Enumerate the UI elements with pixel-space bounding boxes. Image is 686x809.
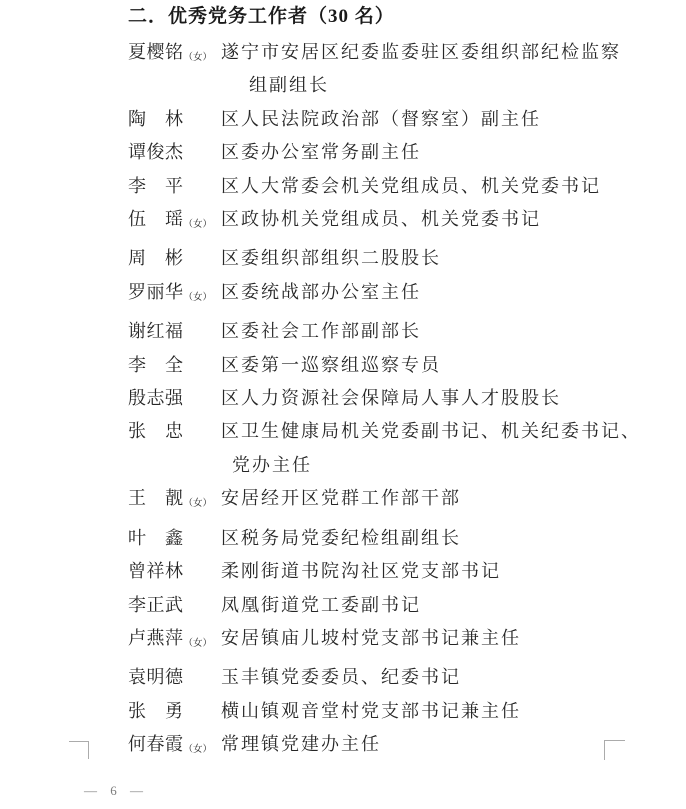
awardee-name-cell: 谢红福 xyxy=(128,315,221,348)
awardee-list: 夏樱铭（女）遂宁市安居区纪委监委驻区委组织部纪检监察组副组长陶 林区人民法院政治… xyxy=(128,36,668,768)
awardee-name: 曾祥林 xyxy=(128,561,184,581)
awardee-position-cell: 区委组织部组织二股股长 xyxy=(221,242,668,275)
awardee-position-line: 横山镇观音堂村党支部书记兼主任 xyxy=(221,695,668,728)
awardee-position-line: 凤凰街道党工委副书记 xyxy=(221,589,668,622)
list-item: 谭俊杰区委办公室常务副主任 xyxy=(128,136,668,169)
list-item: 张 忠区卫生健康局机关党委副书记、机关纪委书记、党办主任 xyxy=(128,415,668,482)
awardee-name: 李 全 xyxy=(128,355,184,375)
gender-mark: （女） xyxy=(184,639,213,649)
awardee-name: 罗丽华 xyxy=(128,282,184,302)
awardee-name: 李正武 xyxy=(128,595,184,615)
awardee-position-cell: 横山镇观音堂村党支部书记兼主任 xyxy=(221,695,668,728)
list-item: 夏樱铭（女）遂宁市安居区纪委监委驻区委组织部纪检监察组副组长 xyxy=(128,36,668,103)
awardee-position-cell: 区委统战部办公室主任 xyxy=(221,276,668,309)
awardee-name-cell: 李正武 xyxy=(128,589,221,622)
awardee-position-line: 区委第一巡察组巡察专员 xyxy=(221,349,668,382)
awardee-name: 袁明德 xyxy=(128,667,184,687)
awardee-name: 叶 鑫 xyxy=(128,528,184,548)
awardee-name-cell: 夏樱铭（女） xyxy=(128,36,221,75)
awardee-position-cell: 区人民法院政治部（督察室）副主任 xyxy=(221,103,668,136)
awardee-position-cell: 区政协机关党组成员、机关党委书记 xyxy=(221,203,668,236)
list-item: 伍 瑶（女）区政协机关党组成员、机关党委书记 xyxy=(128,203,668,242)
awardee-position-cell: 安居经开区党群工作部干部 xyxy=(221,482,668,515)
awardee-position-cell: 区人力资源社会保障局人事人才股股长 xyxy=(221,382,668,415)
awardee-position-line: 区人民法院政治部（督察室）副主任 xyxy=(221,103,668,136)
awardee-name: 夏樱铭 xyxy=(128,42,184,62)
awardee-name-cell: 王 靓（女） xyxy=(128,482,221,521)
awardee-name-cell: 殷志强 xyxy=(128,382,221,415)
awardee-name: 谢红福 xyxy=(128,321,184,341)
awardee-position-cell: 区税务局党委纪检组副组长 xyxy=(221,522,668,555)
awardee-name: 伍 瑶 xyxy=(128,209,184,229)
awardee-name: 谭俊杰 xyxy=(128,142,184,162)
awardee-position-line: 组副组长 xyxy=(221,69,668,102)
awardee-name-cell: 曾祥林 xyxy=(128,555,221,588)
gender-mark: （女） xyxy=(184,220,213,230)
awardee-position-line: 区委办公室常务副主任 xyxy=(221,136,668,169)
corner-mark-left xyxy=(69,741,89,759)
awardee-position-line: 区政协机关党组成员、机关党委书记 xyxy=(221,203,668,236)
list-item: 卢燕萍（女）安居镇庙儿坡村党支部书记兼主任 xyxy=(128,622,668,661)
gender-mark: （女） xyxy=(184,499,213,509)
awardee-position-cell: 柔刚街道书院沟社区党支部书记 xyxy=(221,555,668,588)
list-item: 王 靓（女）安居经开区党群工作部干部 xyxy=(128,482,668,521)
list-item: 李 平区人大常委会机关党组成员、机关党委书记 xyxy=(128,170,668,203)
list-item: 李 全区委第一巡察组巡察专员 xyxy=(128,349,668,382)
awardee-name-cell: 李 全 xyxy=(128,349,221,382)
list-item: 陶 林区人民法院政治部（督察室）副主任 xyxy=(128,103,668,136)
awardee-position-cell: 区卫生健康局机关党委副书记、机关纪委书记、党办主任 xyxy=(221,415,668,482)
list-item: 曾祥林柔刚街道书院沟社区党支部书记 xyxy=(128,555,668,588)
list-item: 殷志强区人力资源社会保障局人事人才股股长 xyxy=(128,382,668,415)
gender-mark: （女） xyxy=(184,53,213,63)
awardee-position-line: 区委社会工作部副部长 xyxy=(221,315,668,348)
awardee-name: 殷志强 xyxy=(128,388,184,408)
awardee-position-line: 安居经开区党群工作部干部 xyxy=(221,482,668,515)
awardee-name-cell: 伍 瑶（女） xyxy=(128,203,221,242)
document-page: 二．优秀党务工作者（30 名） 夏樱铭（女）遂宁市安居区纪委监委驻区委组织部纪检… xyxy=(0,0,686,809)
section-title: 二．优秀党务工作者（30 名） xyxy=(128,4,395,30)
awardee-name-cell: 卢燕萍（女） xyxy=(128,622,221,661)
awardee-name-cell: 谭俊杰 xyxy=(128,136,221,169)
awardee-name: 李 平 xyxy=(128,176,184,196)
awardee-position-line: 玉丰镇党委委员、纪委书记 xyxy=(221,661,668,694)
list-item: 叶 鑫区税务局党委纪检组副组长 xyxy=(128,522,668,555)
awardee-position-cell: 区委第一巡察组巡察专员 xyxy=(221,349,668,382)
awardee-position-line: 遂宁市安居区纪委监委驻区委组织部纪检监察 xyxy=(221,36,668,69)
awardee-position-line: 党办主任 xyxy=(221,449,668,482)
awardee-name: 何春霞 xyxy=(128,734,184,754)
awardee-name-cell: 张 勇 xyxy=(128,695,221,728)
awardee-name: 陶 林 xyxy=(128,109,184,129)
page: { "title": "二．优秀党务工作者（30 名）", "entries":… xyxy=(0,0,686,809)
list-item: 何春霞（女）常理镇党建办主任 xyxy=(128,728,668,767)
awardee-position-cell: 玉丰镇党委委员、纪委书记 xyxy=(221,661,668,694)
awardee-position-line: 区人力资源社会保障局人事人才股股长 xyxy=(221,382,668,415)
awardee-name-cell: 张 忠 xyxy=(128,415,221,448)
awardee-position-line: 区委组织部组织二股股长 xyxy=(221,242,668,275)
awardee-name-cell: 陶 林 xyxy=(128,103,221,136)
awardee-position-line: 区人大常委会机关党组成员、机关党委书记 xyxy=(221,170,668,203)
awardee-position-cell: 区委社会工作部副部长 xyxy=(221,315,668,348)
awardee-position-line: 区卫生健康局机关党委副书记、机关纪委书记、 xyxy=(221,415,668,448)
awardee-name-cell: 袁明德 xyxy=(128,661,221,694)
gender-mark: （女） xyxy=(184,745,213,755)
awardee-position-line: 区委统战部办公室主任 xyxy=(221,276,668,309)
awardee-position-line: 柔刚街道书院沟社区党支部书记 xyxy=(221,555,668,588)
awardee-position-line: 区税务局党委纪检组副组长 xyxy=(221,522,668,555)
awardee-name: 周 彬 xyxy=(128,248,184,268)
awardee-position-cell: 安居镇庙儿坡村党支部书记兼主任 xyxy=(221,622,668,655)
awardee-position-cell: 区人大常委会机关党组成员、机关党委书记 xyxy=(221,170,668,203)
awardee-position-cell: 遂宁市安居区纪委监委驻区委组织部纪检监察组副组长 xyxy=(221,36,668,103)
corner-mark-right xyxy=(604,740,625,760)
list-item: 李正武凤凰街道党工委副书记 xyxy=(128,589,668,622)
page-number: — 6 — xyxy=(84,783,148,799)
awardee-name-cell: 罗丽华（女） xyxy=(128,276,221,315)
awardee-position-cell: 凤凰街道党工委副书记 xyxy=(221,589,668,622)
list-item: 罗丽华（女）区委统战部办公室主任 xyxy=(128,276,668,315)
list-item: 张 勇横山镇观音堂村党支部书记兼主任 xyxy=(128,695,668,728)
awardee-name: 张 忠 xyxy=(128,421,184,441)
awardee-name-cell: 周 彬 xyxy=(128,242,221,275)
awardee-name-cell: 李 平 xyxy=(128,170,221,203)
list-item: 周 彬区委组织部组织二股股长 xyxy=(128,242,668,275)
gender-mark: （女） xyxy=(184,293,213,303)
awardee-name: 张 勇 xyxy=(128,701,184,721)
awardee-name: 卢燕萍 xyxy=(128,628,184,648)
awardee-position-line: 常理镇党建办主任 xyxy=(221,728,668,761)
awardee-position-line: 安居镇庙儿坡村党支部书记兼主任 xyxy=(221,622,668,655)
awardee-position-cell: 区委办公室常务副主任 xyxy=(221,136,668,169)
awardee-name-cell: 何春霞（女） xyxy=(128,728,221,767)
list-item: 谢红福区委社会工作部副部长 xyxy=(128,315,668,348)
awardee-name: 王 靓 xyxy=(128,488,184,508)
list-item: 袁明德玉丰镇党委委员、纪委书记 xyxy=(128,661,668,694)
awardee-position-cell: 常理镇党建办主任 xyxy=(221,728,668,761)
awardee-name-cell: 叶 鑫 xyxy=(128,522,221,555)
